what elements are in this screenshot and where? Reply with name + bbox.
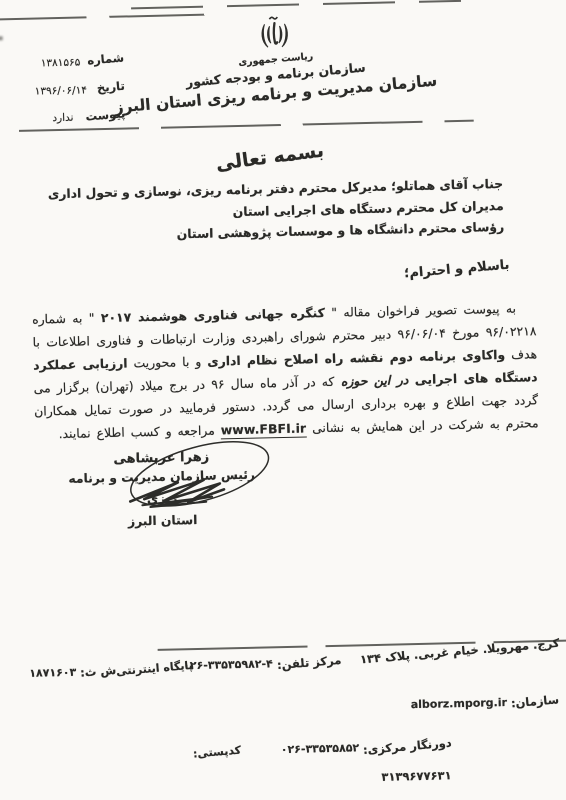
footer-registration-value: ۱۸۷۱۶۰۳: [29, 666, 76, 680]
footer-org-website: سازمان: alborz.mporg.ir: [411, 694, 559, 711]
body-bold-roadmap: واکاوی برنامه دوم نقشه راه اصلاح نظام اد…: [207, 347, 505, 369]
footer-phone-value: ۰۲۶-۳۳۵۳۵۹۸۲-۴: [183, 657, 273, 672]
letter-sheet: ریاست جمهوری سازمان برنامه و بودجه کشور …: [0, 0, 566, 800]
footer-postal-code: ۳۱۳۹۶۷۷۶۳۱: [381, 768, 452, 784]
footer-phone-label: مرکز تلفن:: [276, 653, 341, 672]
body-run-3: و با محوریت: [127, 354, 207, 371]
footer-address-text: کرج. مهرویلا. خیام غربی. پلاک ۱۳۴: [360, 636, 560, 667]
footer-website-label: پایگاه اینترنتی: [116, 661, 193, 676]
divider-line-top: [131, 0, 461, 9]
body-congress-title: کنگره جهانی فناوری هوشمند ۲۰۱۷: [101, 305, 325, 325]
handwritten-signature-scrawl: [119, 430, 281, 518]
scanned-letter-page: ریاست جمهوری سازمان برنامه و بودجه کشور …: [0, 0, 566, 800]
footer-postal-label: کدپستی:: [193, 745, 241, 759]
footer-org-url[interactable]: alborz.mporg.ir: [411, 696, 507, 711]
footer-fax-label: دورنگار مرکزی:: [363, 736, 453, 757]
salutation: باسلام و احترام؛: [403, 261, 509, 278]
body-run-1: به پیوست تصویر فراخوان مقاله ": [325, 301, 517, 320]
footer-postal-label-text: کدپستی:: [192, 744, 241, 761]
footer-fax: دورنگار مرکزی: ۰۲۶-۳۳۵۳۵۸۵۲: [281, 738, 452, 756]
letter-date-label: تاریخ: [97, 80, 125, 95]
footer-registration: ش ث: ۱۸۷۱۶۰۳: [29, 664, 116, 680]
body-italic-domain: در این حوزه: [334, 372, 415, 389]
letter-number-label-text: شماره: [87, 50, 125, 67]
footer-org-label: سازمان:: [510, 692, 559, 710]
letter-date-value: ۱۳۹۶/۰۶/۱۴: [35, 84, 87, 97]
body-paragraph: به پیوست تصویر فراخوان مقاله " کنگره جها…: [32, 297, 539, 446]
footer-phone: مرکز تلفن: ۰۲۶-۳۳۵۳۵۹۸۲-۴: [183, 655, 341, 673]
footer-website-label-text: پایگاه اینترنتی: [116, 659, 194, 678]
letter-attachment-value: ندارد: [52, 112, 73, 124]
salutation-text: باسلام و احترام؛: [403, 258, 509, 282]
letter-number-value: ۱۳۸۱۵۶۵: [41, 57, 81, 70]
footer-registration-label: ش ث:: [80, 663, 117, 680]
besmele-heading: بسمه تعالی: [215, 139, 326, 175]
letter-attachment-label: پیوست: [86, 108, 126, 123]
letter-attachment-label-text: پیوست: [85, 106, 126, 123]
footer-fax-value: ۰۲۶-۳۳۵۳۵۸۵۲: [281, 741, 360, 756]
letter-date-label-text: تاریخ: [96, 79, 125, 95]
letter-number-label: شماره: [87, 52, 124, 67]
recipients-block: جناب آقای هماتلو؛ مدیرکل محترم دفتر برنا…: [48, 173, 505, 248]
